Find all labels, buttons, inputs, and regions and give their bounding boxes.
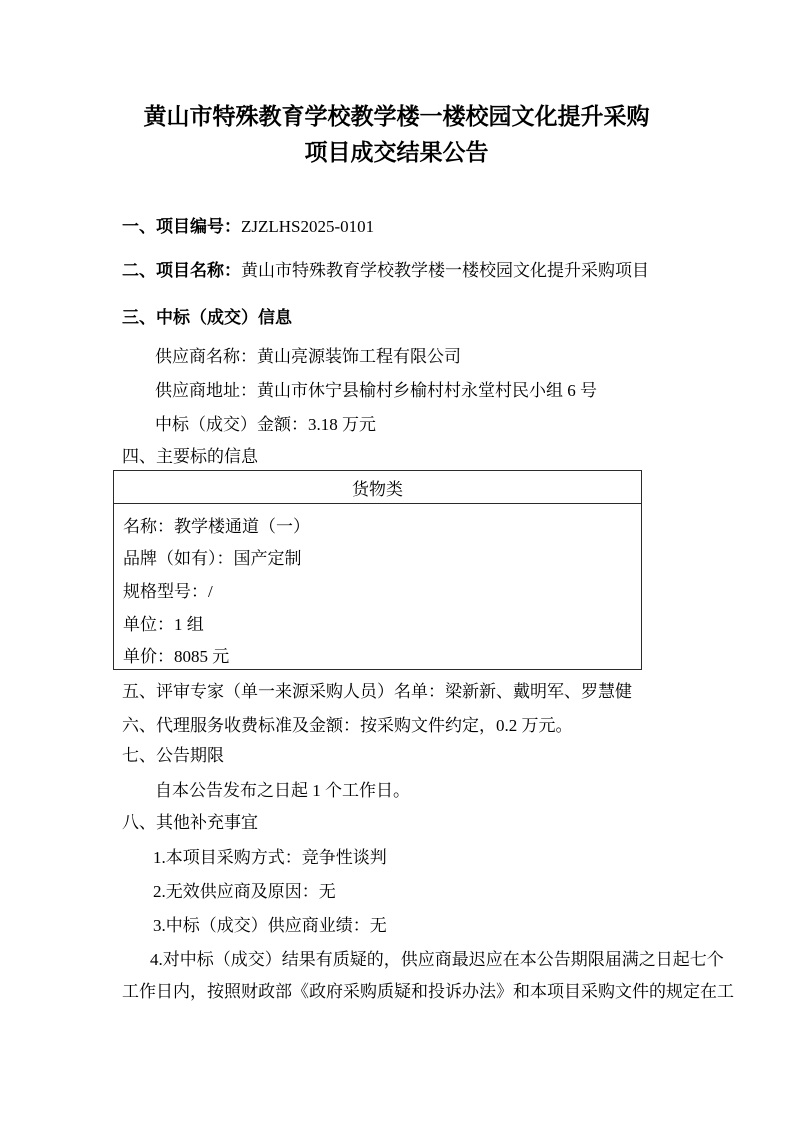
other-matters-item-3: 3.中标（成交）供应商业绩：无	[153, 916, 387, 936]
page-title-line-1: 黄山市特殊教育学校教学楼一楼校园文化提升采购	[0, 99, 793, 135]
section-experts-line: 五、评审专家（单一来源采购人员）名单：梁新新、戴明军、罗慧健	[122, 682, 632, 702]
other-matters-item-4-line-2: 工作日内，按照财政部《政府采购质疑和投诉办法》和本项目采购文件的规定在工	[122, 982, 734, 1002]
section-announcement-period-heading: 七、公告期限	[122, 746, 224, 766]
section-other-matters-heading: 八、其他补充事宜	[122, 813, 258, 833]
page-title: 黄山市特殊教育学校教学楼一楼校园文化提升采购 项目成交结果公告	[0, 99, 793, 171]
goods-table-header-cell: 货物类	[114, 471, 641, 504]
project-number-label: 一、项目编号：	[122, 217, 241, 236]
table-row-unit: 单位：1 组	[123, 606, 641, 639]
other-matters-item-1: 1.本项目采购方式：竞争性谈判	[153, 848, 387, 868]
project-number-value: ZJZLHS2025-0101	[241, 217, 374, 236]
section-project-name: 二、项目名称：黄山市特殊教育学校教学楼一楼校园文化提升采购项目	[122, 261, 649, 281]
announcement-document-page: 黄山市特殊教育学校教学楼一楼校园文化提升采购 项目成交结果公告 一、项目编号：Z…	[0, 0, 793, 1122]
project-name-label: 二、项目名称：	[122, 261, 241, 280]
table-row-name: 名称：教学楼通道（一）	[123, 508, 641, 541]
table-row-spec: 规格型号：/	[123, 573, 641, 606]
goods-table: 货物类 名称：教学楼通道（一） 品牌（如有）：国产定制 规格型号：/ 单位：1 …	[113, 470, 642, 670]
goods-table-body-cell: 名称：教学楼通道（一） 品牌（如有）：国产定制 规格型号：/ 单位：1 组 单价…	[114, 504, 641, 671]
table-row-unit-price: 单价：8085 元	[123, 638, 641, 671]
project-name-value: 黄山市特殊教育学校教学楼一楼校园文化提升采购项目	[241, 261, 649, 280]
supplier-address-line: 供应商地址：黄山市休宁县榆村乡榆村村永堂村民小组 6 号	[155, 381, 597, 401]
supplier-name-line: 供应商名称：黄山亮源装饰工程有限公司	[155, 347, 461, 367]
section-main-subject-heading: 四、主要标的信息	[122, 447, 258, 467]
section-agency-fee-line: 六、代理服务收费标准及金额：按采购文件约定，0.2 万元。	[122, 716, 573, 736]
other-matters-item-2: 2.无效供应商及原因：无	[153, 882, 336, 902]
table-row-brand: 品牌（如有）：国产定制	[123, 541, 641, 574]
section-award-info-heading: 三、中标（成交）信息	[122, 308, 292, 328]
page-title-line-2: 项目成交结果公告	[0, 135, 793, 171]
other-matters-item-4-line-1: 4.对中标（成交）结果有质疑的，供应商最迟应在本公告期限届满之日起七个	[150, 950, 724, 970]
section-project-number: 一、项目编号：ZJZLHS2025-0101	[122, 217, 374, 237]
announcement-period-body: 自本公告发布之日起 1 个工作日。	[155, 781, 410, 801]
award-amount-line: 中标（成交）金额：3.18 万元	[155, 415, 376, 435]
